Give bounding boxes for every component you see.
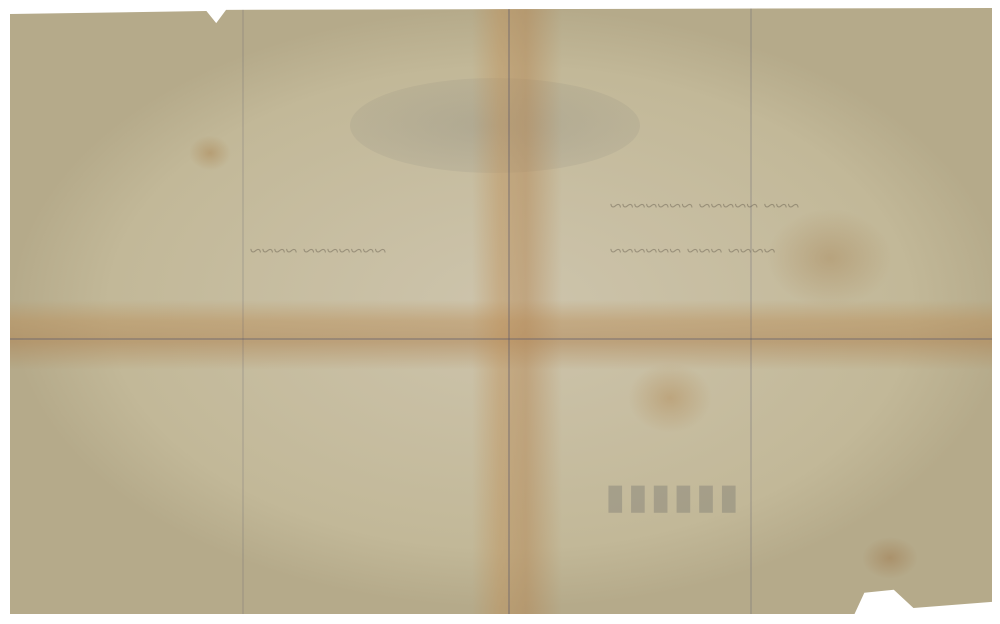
- script-showthrough-line-1: ~~~ ~~~~~ ~~~~~~~: [610, 193, 800, 219]
- banknote-paper: ~~~ ~~~~~ ~~~~~~~ ~~~~ ~~~ ~~~~~~ ~~~~~~…: [10, 8, 992, 614]
- vertical-crease-left: [242, 8, 244, 614]
- script-showthrough-line-3: ~~~~~~~ ~~~~: [250, 238, 386, 264]
- mirrored-lettering-showthrough: ▮▮▮▮▮▮: [550, 478, 790, 518]
- vertical-crease-right: [750, 8, 752, 614]
- vertical-crease: [508, 8, 510, 614]
- vertical-fold-stain: [472, 8, 562, 614]
- horizontal-crease: [10, 338, 992, 340]
